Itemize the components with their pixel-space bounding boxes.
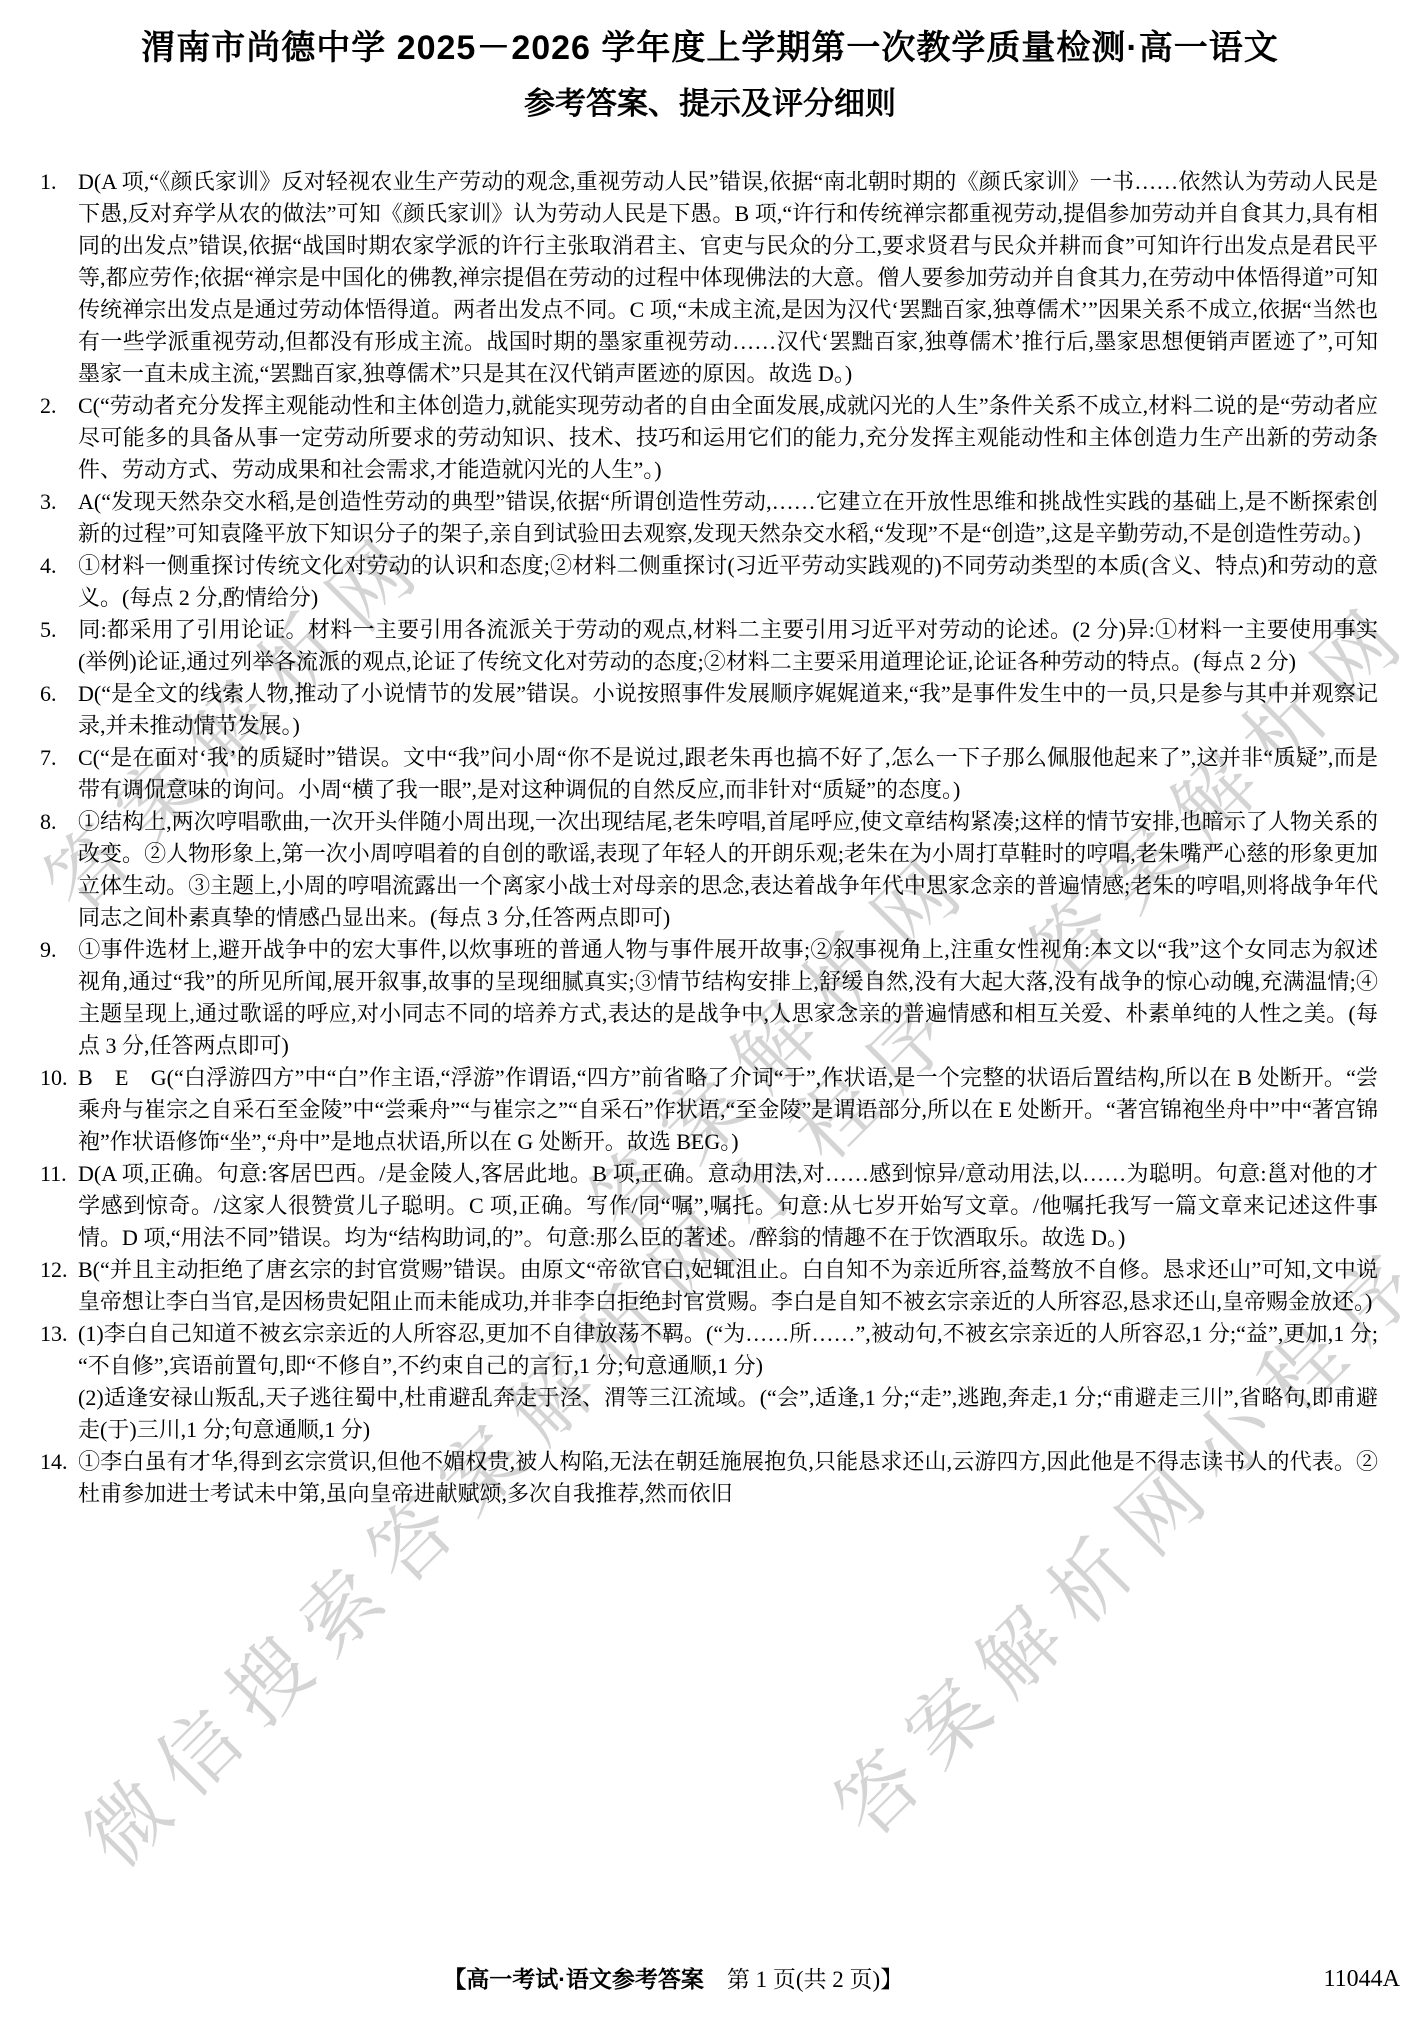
answer-number: 7.: [40, 742, 78, 774]
footer: 【高一考试·语文参考答案 第 1 页(共 2 页)】 11044A: [0, 1962, 1420, 1996]
paper-code: 11044A: [1324, 1962, 1400, 1996]
answer-number: 2.: [40, 390, 78, 422]
answer-paragraph: 10.B E G(“白浮游四方”中“白”作主语,“浮游”作谓语,“四方”前省略了…: [40, 1062, 1378, 1158]
answer-item: 5.同:都采用了引用论证。材料一主要引用各流派关于劳动的观点,材料二主要引用习近…: [40, 614, 1378, 678]
answer-paragraph: (2)适逢安禄山叛乱,天子逃往蜀中,杜甫避乱奔走于泾、渭等三江流域。(“会”,适…: [40, 1382, 1378, 1446]
answer-number: 11.: [40, 1158, 78, 1190]
answer-item: 3.A(“发现天然杂交水稻,是创造性劳动的典型”错误,依据“所谓创造性劳动,………: [40, 486, 1378, 550]
answer-paragraph: 4.①材料一侧重探讨传统文化对劳动的认识和态度;②材料二侧重探讨(习近平劳动实践…: [40, 550, 1378, 614]
answer-number: 13.: [40, 1318, 78, 1350]
answer-number: 4.: [40, 550, 78, 582]
page-title: 渭南市尚德中学 2025－2026 学年度上学期第一次教学质量检测·高一语文: [0, 0, 1420, 70]
answer-paragraph: 3.A(“发现天然杂交水稻,是创造性劳动的典型”错误,依据“所谓创造性劳动,………: [40, 486, 1378, 550]
answer-item: 8.①结构上,两次哼唱歌曲,一次开头伴随小周出现,一次出现结尾,老朱哼唱,首尾呼…: [40, 806, 1378, 934]
answer-paragraph: 12.B(“并且主动拒绝了唐玄宗的封官赏赐”错误。由原文“帝欲官白,妃辄沮止。白…: [40, 1254, 1378, 1318]
answer-item: 2.C(“劳动者充分发挥主观能动性和主体创造力,就能实现劳动者的自由全面发展,成…: [40, 390, 1378, 486]
answer-item: 9.①事件选材上,避开战争中的宏大事件,以炊事班的普通人物与事件展开故事;②叙事…: [40, 934, 1378, 1062]
answer-number: 3.: [40, 486, 78, 518]
document-header: 渭南市尚德中学 2025－2026 学年度上学期第一次教学质量检测·高一语文 参…: [0, 0, 1420, 124]
answer-item: 10.B E G(“白浮游四方”中“白”作主语,“浮游”作谓语,“四方”前省略了…: [40, 1062, 1378, 1158]
answer-paragraph: 9.①事件选材上,避开战争中的宏大事件,以炊事班的普通人物与事件展开故事;②叙事…: [40, 934, 1378, 1062]
answer-sheet-page: 答案解析网 答案解析网 微信搜索答案解析网小程序 答案解析网小程序 答案解析网 …: [0, 0, 1420, 2018]
answer-paragraph: 14.①李白虽有才华,得到玄宗赏识,但他不媚权贵,被人构陷,无法在朝廷施展抱负,…: [40, 1446, 1378, 1510]
answer-number: 1.: [40, 166, 78, 198]
answers-list: 1.D(A 项,“《颜氏家训》反对轻视农业生产劳动的观念,重视劳动人民”错误,依…: [0, 166, 1420, 1510]
answer-item: 11.D(A 项,正确。句意:客居巴西。/是金陵人,客居此地。B 项,正确。意动…: [40, 1158, 1378, 1254]
answer-number: 6.: [40, 678, 78, 710]
footer-page-number: 第 1 页(共 2 页)】: [704, 1967, 903, 1992]
answer-item: 6.D(“是全文的线索人物,推动了小说情节的发展”错误。小说按照事件发展顺序娓娓…: [40, 678, 1378, 742]
answer-item: 14.①李白虽有才华,得到玄宗赏识,但他不媚权贵,被人构陷,无法在朝廷施展抱负,…: [40, 1446, 1378, 1510]
footer-caption: 【高一考试·语文参考答案 第 1 页(共 2 页)】: [443, 1962, 903, 1997]
answer-paragraph: 7.C(“是在面对‘我’的质疑时”错误。文中“我”问小周“你不是说过,跟老朱再也…: [40, 742, 1378, 806]
footer-exam-label: 【高一考试·语文参考答案: [443, 1966, 704, 1992]
answer-paragraph: 8.①结构上,两次哼唱歌曲,一次开头伴随小周出现,一次出现结尾,老朱哼唱,首尾呼…: [40, 806, 1378, 934]
answer-item: 7.C(“是在面对‘我’的质疑时”错误。文中“我”问小周“你不是说过,跟老朱再也…: [40, 742, 1378, 806]
answer-item: 1.D(A 项,“《颜氏家训》反对轻视农业生产劳动的观念,重视劳动人民”错误,依…: [40, 166, 1378, 390]
answer-paragraph: 2.C(“劳动者充分发挥主观能动性和主体创造力,就能实现劳动者的自由全面发展,成…: [40, 390, 1378, 486]
page-subtitle: 参考答案、提示及评分细则: [0, 84, 1420, 124]
answer-paragraph: 6.D(“是全文的线索人物,推动了小说情节的发展”错误。小说按照事件发展顺序娓娓…: [40, 678, 1378, 742]
answer-paragraph: 13.(1)李白自己知道不被玄宗亲近的人所容忍,更加不自律放荡不羁。(“为……所…: [40, 1318, 1378, 1382]
answer-item: 12.B(“并且主动拒绝了唐玄宗的封官赏赐”错误。由原文“帝欲官白,妃辄沮止。白…: [40, 1254, 1378, 1318]
answer-paragraph: 1.D(A 项,“《颜氏家训》反对轻视农业生产劳动的观念,重视劳动人民”错误,依…: [40, 166, 1378, 390]
answer-number: 9.: [40, 934, 78, 966]
answer-item: 13.(1)李白自己知道不被玄宗亲近的人所容忍,更加不自律放荡不羁。(“为……所…: [40, 1318, 1378, 1446]
answer-paragraph: 5.同:都采用了引用论证。材料一主要引用各流派关于劳动的观点,材料二主要引用习近…: [40, 614, 1378, 678]
answer-number: 8.: [40, 806, 78, 838]
answer-number: 14.: [40, 1446, 78, 1478]
answer-number: 5.: [40, 614, 78, 646]
answer-number: 12.: [40, 1254, 78, 1286]
answer-item: 4.①材料一侧重探讨传统文化对劳动的认识和态度;②材料二侧重探讨(习近平劳动实践…: [40, 550, 1378, 614]
answer-paragraph: 11.D(A 项,正确。句意:客居巴西。/是金陵人,客居此地。B 项,正确。意动…: [40, 1158, 1378, 1254]
answer-number: 10.: [40, 1062, 78, 1094]
